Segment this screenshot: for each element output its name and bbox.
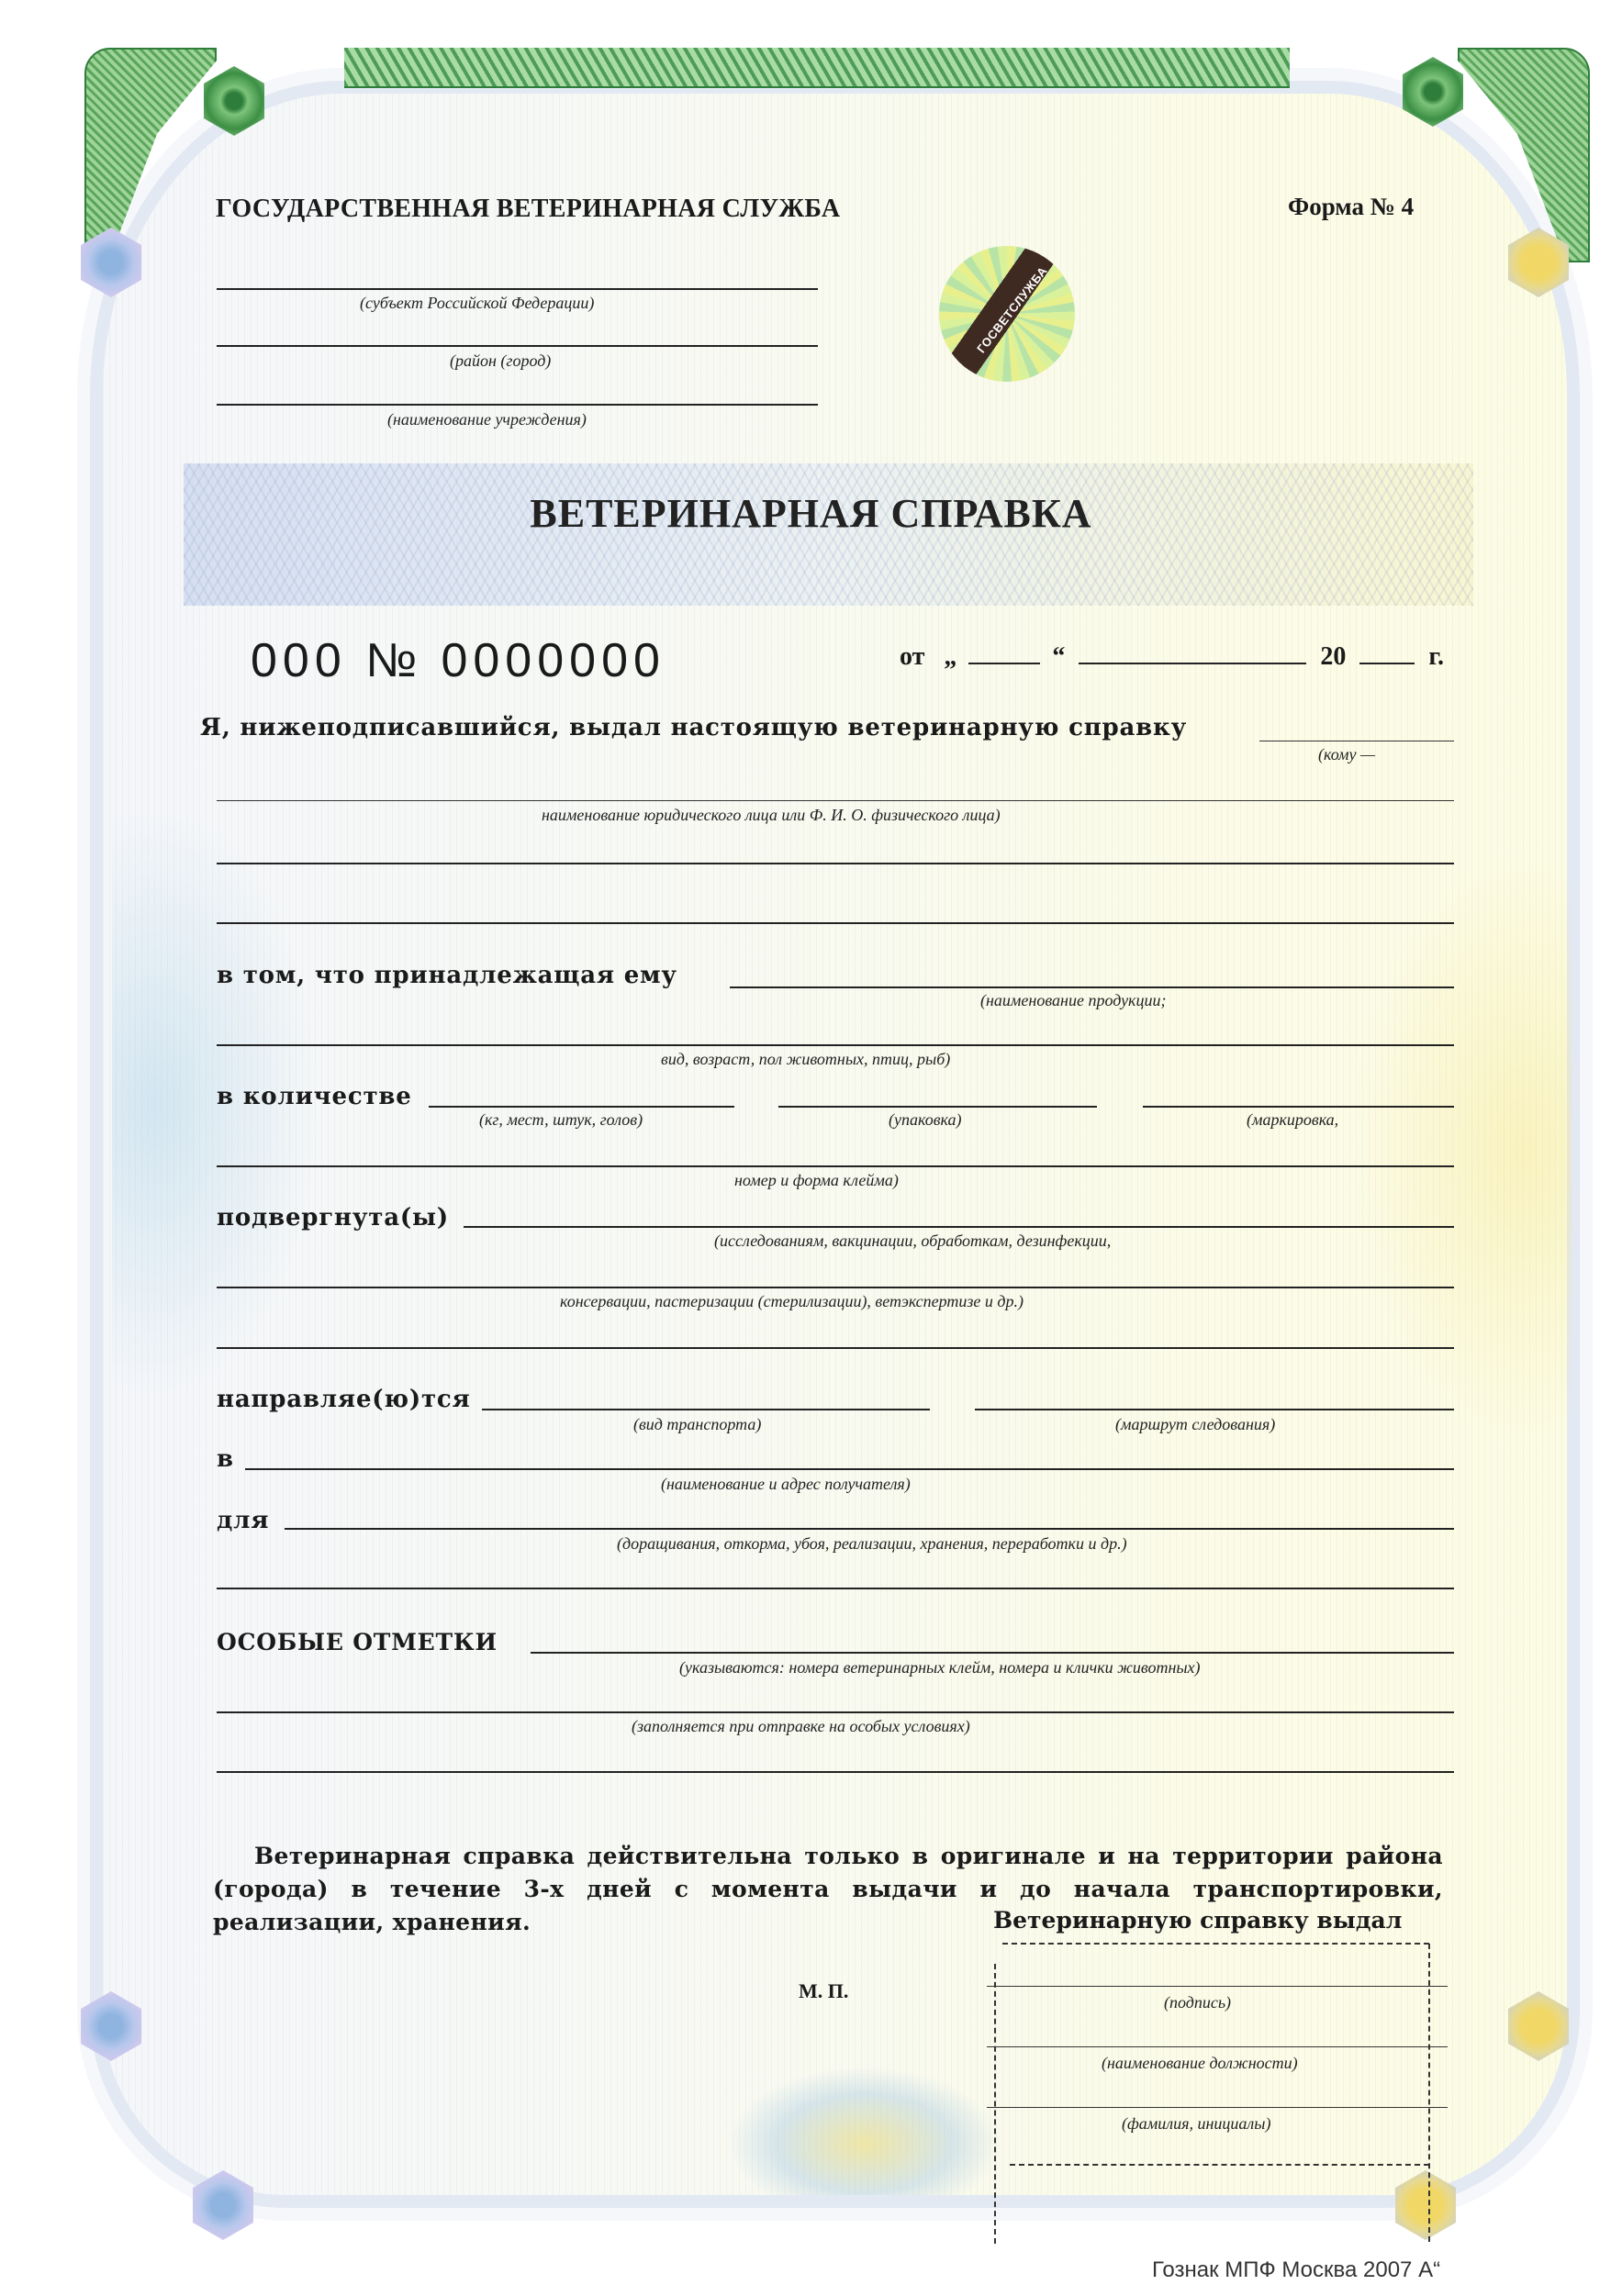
institution-field[interactable]	[217, 404, 818, 406]
guilloche-bottom-ornament	[727, 2067, 1002, 2195]
package-field[interactable]	[778, 1106, 1097, 1108]
district-field[interactable]	[217, 345, 818, 347]
product-field[interactable]	[730, 986, 1454, 988]
quote-close: “	[1052, 642, 1065, 671]
signature-box-right	[1428, 1944, 1430, 2242]
marking-caption-2: номер и форма клейма)	[734, 1171, 899, 1190]
position-caption: (наименование должности)	[1102, 2054, 1298, 2073]
purpose-caption: (доращивания, откорма, убоя, реализации,…	[617, 1534, 1127, 1554]
recipient-field-2[interactable]	[217, 800, 1454, 801]
belongs-label: в том, что принадлежащая ему	[217, 962, 677, 989]
recipient-caption-2: наименование юридического лица или Ф. И.…	[542, 806, 1001, 825]
recipient-caption: (кому —	[1318, 745, 1375, 764]
form-number: Форма № 4	[1288, 193, 1414, 221]
top-green-band	[344, 48, 1290, 88]
special-notes-label: ОСОБЫЕ ОТМЕТКИ	[217, 1629, 498, 1655]
product-caption: (наименование продукции;	[980, 991, 1166, 1010]
purpose-label: для	[217, 1507, 269, 1534]
position-field[interactable]	[987, 2046, 1448, 2047]
route-caption: (маршрут следования)	[1115, 1415, 1275, 1434]
subjected-label: подвергнута(ы)	[217, 1204, 449, 1232]
special-notes-field-2[interactable]	[217, 1711, 1454, 1713]
transport-field[interactable]	[482, 1409, 930, 1410]
marking-field-2[interactable]	[217, 1165, 1454, 1167]
purpose-field[interactable]	[285, 1528, 1454, 1530]
purpose-field-2[interactable]	[217, 1588, 1454, 1589]
year-suffix: г.	[1428, 642, 1444, 671]
year-field[interactable]	[1359, 663, 1415, 664]
issuing-service: ГОСУДАРСТВЕННАЯ ВЕТЕРИНАРНАЯ СЛУЖБА	[216, 195, 840, 224]
number-sign: №	[365, 634, 422, 687]
treatment-field[interactable]	[464, 1226, 1454, 1228]
quantity-caption: (кг, мест, штук, голов)	[479, 1110, 643, 1130]
special-notes-caption-2: (заполняется при отправке на особых усло…	[632, 1717, 970, 1736]
name-field[interactable]	[987, 2107, 1448, 2108]
region-caption: (субъект Российской Федерации)	[360, 294, 594, 313]
series: 000	[251, 634, 347, 687]
signature-field[interactable]	[987, 1986, 1448, 1987]
product-caption-2: вид, возраст, пол животных, птиц, рыб)	[661, 1050, 950, 1069]
printer-imprint: Гознак МПФ Москва 2007 А“	[1152, 2257, 1440, 2283]
signature-caption: (подпись)	[1164, 1993, 1231, 2012]
treatment-caption-2: консервации, пастеризации (стерилизации)…	[560, 1292, 1024, 1311]
hologram-seal-icon: ГОСВЕТСЛУЖБА	[939, 246, 1075, 382]
marking-field[interactable]	[1143, 1106, 1454, 1108]
treatment-field-3[interactable]	[217, 1347, 1454, 1349]
recipient-field[interactable]	[1259, 741, 1454, 741]
route-field[interactable]	[975, 1409, 1454, 1410]
sent-label: направляе(ю)тся	[217, 1386, 471, 1413]
treatment-field-2[interactable]	[217, 1287, 1454, 1288]
quote-open: „	[944, 642, 956, 671]
date-row: от „ “ 20 г.	[900, 642, 1444, 672]
guilloche-right-pattern	[1333, 828, 1572, 1470]
product-field-2[interactable]	[217, 1044, 1454, 1046]
signature-box-left	[994, 1964, 996, 2244]
recipient-field-4[interactable]	[217, 922, 1454, 924]
date-prefix: от	[900, 642, 924, 671]
to-label: в	[217, 1445, 234, 1473]
receiver-field[interactable]	[245, 1468, 1454, 1470]
special-notes-field-3[interactable]	[217, 1771, 1454, 1773]
number: 0000000	[441, 634, 665, 687]
recipient-field-3[interactable]	[217, 863, 1454, 864]
document-title: ВЕТЕРИНАРНАЯ СПРАВКА	[0, 490, 1622, 537]
institution-caption: (наименование учреждения)	[387, 410, 587, 429]
signature-block-title: Ветеринарную справку выдал	[993, 1907, 1402, 1934]
name-caption: (фамилия, инициалы)	[1122, 2114, 1270, 2134]
year-prefix: 20	[1320, 642, 1346, 671]
receiver-caption: (наименование и адрес получателя)	[661, 1475, 911, 1494]
district-caption: (район (город)	[450, 351, 551, 371]
signature-box-bottom	[1010, 2164, 1429, 2166]
stamp-place-label: М. П.	[799, 1979, 848, 2003]
signature-box-top	[1002, 1943, 1429, 1945]
transport-caption: (вид транспорта)	[633, 1415, 761, 1434]
special-notes-caption: (указываются: номера ветеринарных клейм,…	[679, 1658, 1201, 1677]
quantity-label: в количестве	[217, 1083, 412, 1110]
month-field[interactable]	[1079, 663, 1306, 664]
marking-caption: (маркировка,	[1247, 1110, 1338, 1130]
region-field[interactable]	[217, 288, 818, 290]
special-notes-field[interactable]	[531, 1652, 1454, 1654]
quantity-field[interactable]	[429, 1106, 734, 1108]
hologram-text: ГОСВЕТСЛУЖБА	[974, 264, 1050, 356]
treatment-caption: (исследованиям, вакцинации, обработкам, …	[714, 1232, 1111, 1251]
day-field[interactable]	[968, 663, 1040, 664]
issued-statement: Я, нижеподписавшийся, выдал настоящую ве…	[200, 714, 1187, 741]
package-caption: (упаковка)	[889, 1110, 962, 1130]
document-serial-number: 000 № 0000000	[251, 633, 666, 688]
